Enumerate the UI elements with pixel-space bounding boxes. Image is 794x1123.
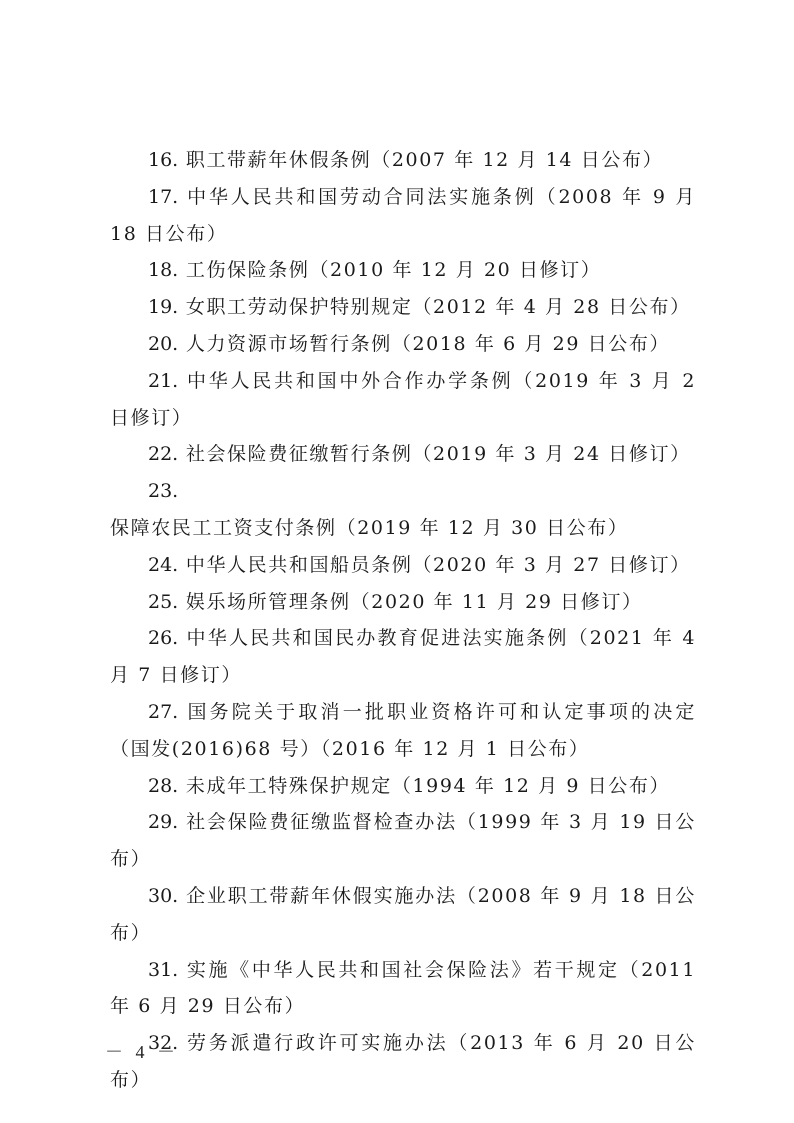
list-item: 21. 中华人民共和国中外合作办学条例（2019 年 3 月 2 日修订）: [110, 363, 696, 437]
list-item: 26. 中华人民共和国民办教育促进法实施条例（2021 年 4 月 7 日修订）: [110, 620, 696, 694]
list-item: 19. 女职工劳动保护特别规定（2012 年 4 月 28 日公布）: [110, 289, 696, 326]
list-item: 27. 国务院关于取消一批职业资格许可和认定事项的决定（国发(2016)68 号…: [110, 694, 696, 768]
list-item: 22. 社会保险费征缴暂行条例（2019 年 3 月 24 日修订）: [110, 436, 696, 473]
list-item: 20. 人力资源市场暂行条例（2018 年 6 月 29 日公布）: [110, 326, 696, 363]
list-item: 24. 中华人民共和国船员条例（2020 年 3 月 27 日修订）: [110, 547, 696, 584]
list-item: 17. 中华人民共和国劳动合同法实施条例（2008 年 9 月 18 日公布）: [110, 179, 696, 253]
page-number: － 4 －: [105, 1038, 179, 1064]
list-item: 29. 社会保险费征缴监督检查办法（1999 年 3 月 19 日公布）: [110, 804, 696, 878]
list-item: 25. 娱乐场所管理条例（2020 年 11 月 29 日修订）: [110, 584, 696, 621]
list-item: 32. 劳务派遣行政许可实施办法（2013 年 6 月 20 日公布）: [110, 1025, 696, 1099]
list-item: 23. 保障农民工工资支付条例（2019 年 12 月 30 日公布）: [110, 473, 696, 547]
document-body: 16. 职工带薪年休假条例（2007 年 12 月 14 日公布） 17. 中华…: [110, 142, 696, 1099]
list-item: 16. 职工带薪年休假条例（2007 年 12 月 14 日公布）: [110, 142, 696, 179]
list-item: 31. 实施《中华人民共和国社会保险法》若干规定（2011 年 6 月 29 日…: [110, 952, 696, 1026]
list-item: 28. 未成年工特殊保护规定（1994 年 12 月 9 日公布）: [110, 768, 696, 805]
list-item: 18. 工伤保险条例（2010 年 12 月 20 日修订）: [110, 252, 696, 289]
list-item: 30. 企业职工带薪年休假实施办法（2008 年 9 月 18 日公布）: [110, 878, 696, 952]
